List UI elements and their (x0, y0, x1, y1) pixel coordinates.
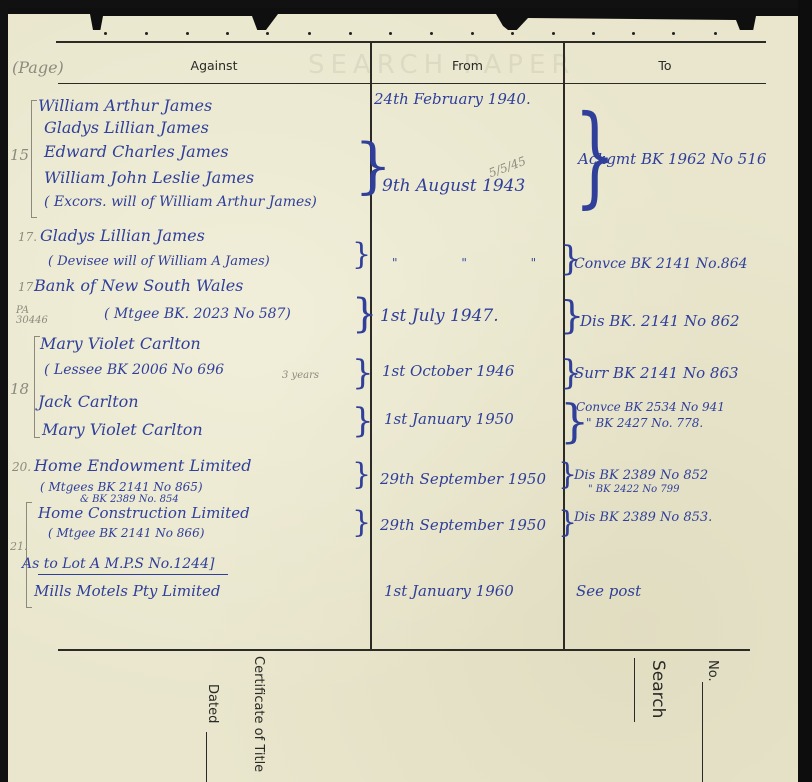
perforation-dot (714, 32, 717, 35)
perforation-dot (430, 32, 433, 35)
against-name: Bank of New South Wales (34, 276, 243, 295)
perforation-dot (104, 32, 107, 35)
perforation-dot (672, 32, 675, 35)
against-name: Edward Charles James (44, 142, 229, 161)
to-reference: " BK 2427 No. 778. (586, 416, 703, 430)
to-reference: Convce BK 2141 No.864 (574, 256, 748, 272)
brace: } (352, 294, 377, 334)
against-name: Gladys Lillian James (40, 226, 205, 245)
from-date: 29th September 1950 (380, 516, 546, 534)
document-page: SEARCH PAPER Against From To (Page) 15 W… (8, 8, 798, 782)
from-date: 24th February 1940. (374, 90, 531, 108)
to-reference: Ackgmt BK 1962 No 516 (578, 150, 766, 168)
from-date: 9th August 1943 (382, 176, 525, 196)
no-label: No. (705, 660, 720, 682)
entry-ref: 17. (18, 230, 37, 244)
scan-border (798, 0, 812, 782)
against-name: Mary Violet Carlton (42, 420, 203, 439)
dated-field-line[interactable] (206, 732, 207, 782)
search-label: Search (648, 660, 668, 718)
pencil-note: 3 years (282, 370, 319, 381)
table-top-rule (56, 41, 766, 43)
against-note: ( Mtgee BK 2141 No 866) (48, 526, 204, 540)
entry-ref: 18 (10, 380, 29, 398)
search-underline (634, 658, 635, 722)
entry-ref: 21. (10, 540, 28, 553)
against-name: William John Leslie James (44, 168, 254, 187)
entry-ref: 20. (12, 460, 31, 474)
pencil-bracket (26, 502, 32, 608)
from-ditto: " " " (392, 256, 566, 270)
against-name: Home Endowment Limited (34, 456, 252, 475)
against-note: ( Mtgees BK 2141 No 865) (40, 480, 203, 494)
from-date: 1st January 1950 (384, 410, 514, 428)
torn-top-edge (8, 8, 798, 30)
against-name: William Arthur James (38, 96, 212, 115)
brace: } (352, 508, 371, 538)
no-field-line[interactable] (702, 682, 703, 782)
column-header-against: Against (58, 58, 370, 73)
brace: } (352, 460, 371, 490)
table-bottom-rule (58, 649, 750, 651)
to-reference: Surr BK 2141 No 863 (574, 364, 739, 382)
perforation-dot (226, 32, 229, 35)
perforation-dot (349, 32, 352, 35)
perforation-dot (592, 32, 595, 35)
lot-note: As to Lot A M.P.S No.1244] (22, 556, 214, 572)
against-name: Jack Carlton (38, 392, 139, 411)
header-bottom-rule (58, 83, 766, 84)
from-date: 1st July 1947. (380, 306, 499, 326)
against-note: ( Lessee BK 2006 No 696 (44, 362, 224, 378)
perforation-dot (471, 32, 474, 35)
to-reference: Convce BK 2534 No 941 (576, 400, 725, 414)
perforation-dot (632, 32, 635, 35)
column-header-to: To (565, 58, 765, 73)
perforation-dot (186, 32, 189, 35)
against-name: Mills Motels Pty Limited (34, 582, 220, 600)
brace: } (352, 356, 374, 390)
against-name: Gladys Lillian James (44, 118, 209, 137)
against-name: Home Construction Limited (38, 504, 250, 522)
brace: } (352, 240, 371, 270)
entry-ref: 15 (10, 146, 29, 164)
from-date: 1st October 1946 (382, 362, 514, 380)
from-date: 29th September 1950 (380, 470, 546, 488)
against-note: ( Devisee will of William A James) (48, 254, 270, 269)
perforation-dot (552, 32, 555, 35)
lot-underline (38, 574, 228, 575)
perforation-dot (511, 32, 514, 35)
dated-label: Dated (205, 684, 220, 723)
to-reference: See post (576, 582, 641, 600)
perforation-dot (145, 32, 148, 35)
against-note: ( Mtgee BK. 2023 No 587) (104, 306, 291, 322)
column-header-from: From (372, 58, 563, 73)
pencil-bracket (31, 100, 37, 218)
column-divider-from-to (563, 41, 565, 651)
against-name: Mary Violet Carlton (40, 334, 201, 353)
perforation-dot (266, 32, 269, 35)
against-note: ( Excors. will of William Arthur James) (44, 194, 317, 210)
certificate-of-title-label: Certificate of Title (251, 656, 266, 772)
perforation-dot (308, 32, 311, 35)
page-label: (Page) (12, 58, 64, 77)
from-date: 1st January 1960 (384, 582, 514, 600)
to-reference: Dis BK. 2141 No 862 (580, 312, 740, 330)
brace: } (352, 404, 374, 438)
perforation-dot (389, 32, 392, 35)
to-reference: Dis BK 2389 No 853. (574, 510, 712, 525)
to-reference: " BK 2422 No 799 (588, 484, 679, 495)
to-reference: Dis BK 2389 No 852 (574, 468, 708, 483)
pencil-note: PA 30446 (16, 306, 50, 326)
